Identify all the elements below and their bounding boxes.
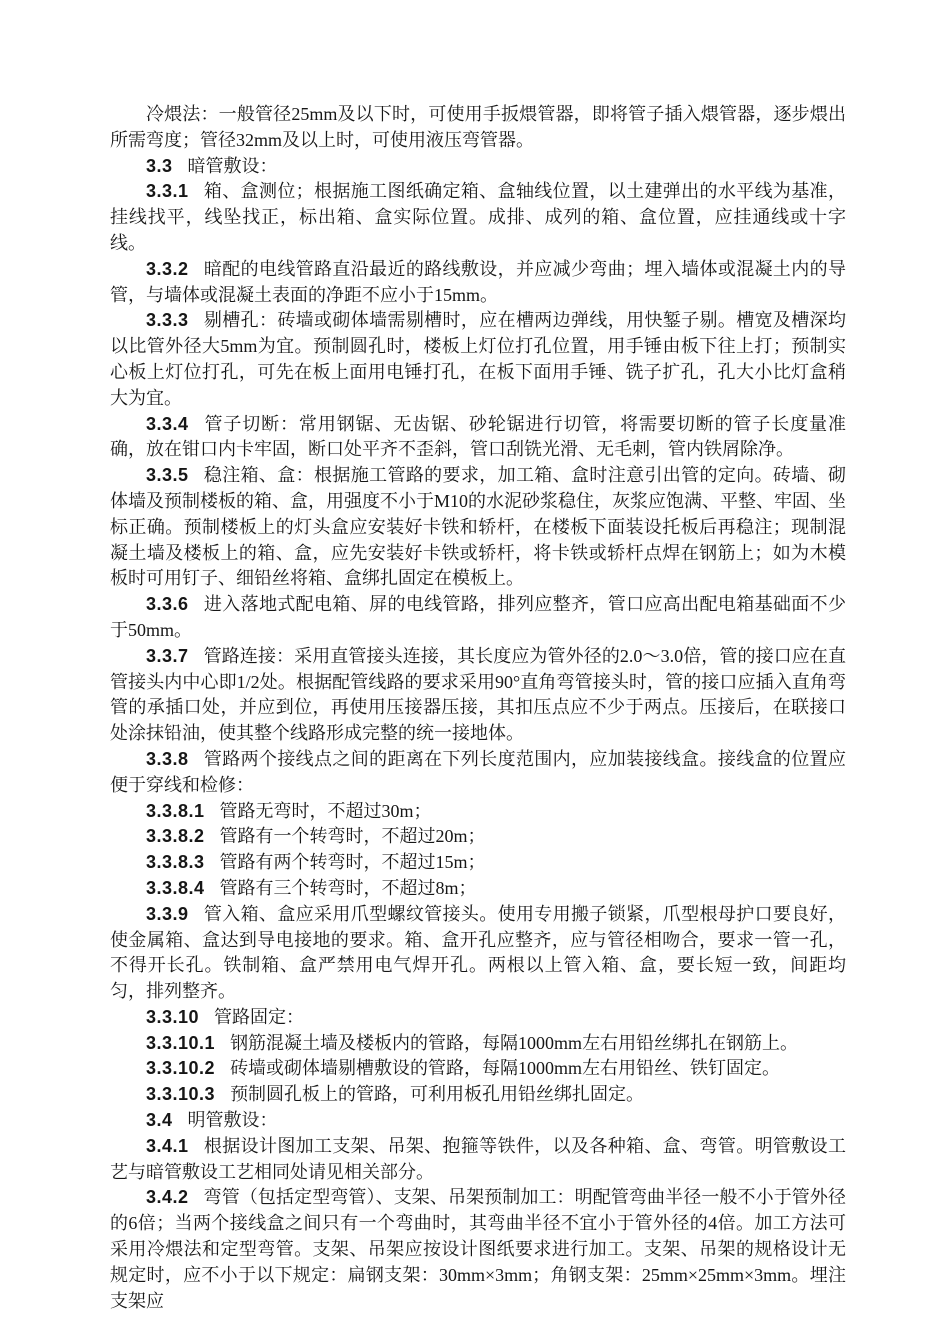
section-number: 3.3.2 (146, 259, 204, 279)
section-number: 3.4.2 (146, 1187, 204, 1207)
section-number: 3.3.8.2 (146, 826, 220, 846)
paragraph-text: 管路两个接线点之间的距离在下列长度范围内，应加装接线盒。接线盒的位置应便于穿线和… (110, 749, 846, 795)
paragraph-text: 管路连接：采用直管接头连接，其长度应为管外径的2.0～3.0倍，管的接口应在直管… (110, 646, 846, 743)
paragraph: 3.3.9管入箱、盒应采用爪型螺纹管接头。使用专用搬子锁紧，爪型根母护口要良好，… (110, 902, 846, 1005)
paragraph-text: 进入落地式配电箱、屏的电线管路，排列应整齐，管口应高出配电箱基础面不少于50mm… (110, 594, 846, 640)
document-page: 冷煨法：一般管径25mm及以下时，可使用手扳煨管器，即将管子插入煨管器，逐步煨出… (0, 0, 950, 1344)
paragraph: 3.3.10.2砖墙或砌体墙剔槽敷设的管路，每隔1000mm左右用铅丝、铁钉固定… (110, 1056, 846, 1082)
paragraph: 3.3.8.1管路无弯时，不超过30m； (110, 799, 846, 825)
section-number: 3.3.8.3 (146, 852, 220, 872)
paragraph-text: 稳注箱、盒：根据施工管路的要求，加工箱、盒时注意引出管的定向。砖墙、砌体墙及预制… (110, 465, 846, 588)
paragraph-text: 明管敷设： (188, 1110, 278, 1130)
paragraph: 3.3.8.2管路有一个转弯时，不超过20m； (110, 824, 846, 850)
paragraph: 3.3.6进入落地式配电箱、屏的电线管路，排列应整齐，管口应高出配电箱基础面不少… (110, 592, 846, 644)
paragraph-text: 冷煨法：一般管径25mm及以下时，可使用手扳煨管器，即将管子插入煨管器，逐步煨出… (110, 104, 846, 150)
paragraph: 3.4明管敷设： (110, 1108, 846, 1134)
paragraph: 3.3.2暗配的电线管路直沿最近的路线敷设，并应减少弯曲；埋入墙体或混凝土内的导… (110, 257, 846, 309)
paragraph-text: 弯管（包括定型弯管）、支架、吊架预制加工：明配管弯曲半径一般不小于管外径的6倍；… (110, 1187, 846, 1310)
section-number: 3.3.9 (146, 904, 204, 924)
paragraph: 3.3.8.4管路有三个转弯时，不超过8m； (110, 876, 846, 902)
paragraph: 3.3.10.3预制圆孔板上的管路，可利用板孔用铅丝绑扎固定。 (110, 1082, 846, 1108)
section-number: 3.3.10 (146, 1007, 214, 1027)
paragraph: 3.3暗管敷设： (110, 154, 846, 180)
paragraph: 3.4.2弯管（包括定型弯管）、支架、吊架预制加工：明配管弯曲半径一般不小于管外… (110, 1185, 846, 1314)
paragraph-text: 箱、盒测位；根据施工图纸确定箱、盒轴线位置，以土建弹出的水平线为基准，挂线找平，… (110, 181, 846, 253)
section-number: 3.3.4 (146, 414, 204, 434)
paragraph-text: 管入箱、盒应采用爪型螺纹管接头。使用专用搬子锁紧，爪型根母护口要良好，使金属箱、… (110, 904, 846, 1001)
paragraph: 3.4.1根据设计图加工支架、吊架、抱箍等铁件，以及各种箱、盒、弯管。明管敷设工… (110, 1134, 846, 1186)
section-number: 3.3.3 (146, 310, 204, 330)
section-number: 3.3.8.1 (146, 801, 220, 821)
paragraph-text: 根据设计图加工支架、吊架、抱箍等铁件，以及各种箱、盒、弯管。明管敷设工艺与暗管敷… (110, 1136, 846, 1182)
section-number: 3.3 (146, 156, 188, 176)
paragraph-text: 暗管敷设： (188, 156, 278, 176)
section-number: 3.3.7 (146, 646, 204, 666)
section-number: 3.3.10.1 (146, 1033, 230, 1053)
paragraph-text: 砖墙或砌体墙剔槽敷设的管路，每隔1000mm左右用铅丝、铁钉固定。 (230, 1058, 780, 1078)
document-body: 冷煨法：一般管径25mm及以下时，可使用手扳煨管器，即将管子插入煨管器，逐步煨出… (110, 102, 846, 1314)
paragraph: 冷煨法：一般管径25mm及以下时，可使用手扳煨管器，即将管子插入煨管器，逐步煨出… (110, 102, 846, 154)
paragraph-text: 预制圆孔板上的管路，可利用板孔用铅丝绑扎固定。 (230, 1084, 644, 1104)
paragraph-text: 管子切断：常用钢锯、无齿锯、砂轮锯进行切管，将需要切断的管子长度量准确，放在钳口… (110, 414, 846, 460)
section-number: 3.4 (146, 1110, 188, 1130)
paragraph: 3.3.4管子切断：常用钢锯、无齿锯、砂轮锯进行切管，将需要切断的管子长度量准确… (110, 412, 846, 464)
section-number: 3.3.10.2 (146, 1058, 230, 1078)
paragraph: 3.3.10管路固定： (110, 1005, 846, 1031)
section-number: 3.3.5 (146, 465, 204, 485)
paragraph: 3.3.3剔槽孔：砖墙或砌体墙需剔槽时，应在槽两边弹线，用快錾子剔。槽宽及槽深均… (110, 308, 846, 411)
section-number: 3.4.1 (146, 1136, 204, 1156)
paragraph-text: 钢筋混凝土墙及楼板内的管路，每隔1000mm左右用铅丝绑扎在钢筋上。 (230, 1033, 798, 1053)
paragraph: 3.3.5稳注箱、盒：根据施工管路的要求，加工箱、盒时注意引出管的定向。砖墙、砌… (110, 463, 846, 592)
paragraph-text: 管路无弯时，不超过30m； (220, 801, 432, 821)
paragraph-text: 暗配的电线管路直沿最近的路线敷设，并应减少弯曲；埋入墙体或混凝土内的导管，与墙体… (110, 259, 846, 305)
paragraph-text: 管路有两个转弯时，不超过15m； (220, 852, 486, 872)
section-number: 3.3.10.3 (146, 1084, 230, 1104)
section-number: 3.3.8.4 (146, 878, 220, 898)
paragraph: 3.3.7管路连接：采用直管接头连接，其长度应为管外径的2.0～3.0倍，管的接… (110, 644, 846, 747)
paragraph-text: 管路固定： (214, 1007, 304, 1027)
paragraph-text: 管路有三个转弯时，不超过8m； (220, 878, 477, 898)
paragraph-text: 管路有一个转弯时，不超过20m； (220, 826, 486, 846)
paragraph: 3.3.10.1钢筋混凝土墙及楼板内的管路，每隔1000mm左右用铅丝绑扎在钢筋… (110, 1031, 846, 1057)
section-number: 3.3.6 (146, 594, 204, 614)
section-number: 3.3.8 (146, 749, 204, 769)
paragraph: 3.3.1箱、盒测位；根据施工图纸确定箱、盒轴线位置，以土建弹出的水平线为基准，… (110, 179, 846, 256)
paragraph: 3.3.8管路两个接线点之间的距离在下列长度范围内，应加装接线盒。接线盒的位置应… (110, 747, 846, 799)
paragraph-text: 剔槽孔：砖墙或砌体墙需剔槽时，应在槽两边弹线，用快錾子剔。槽宽及槽深均以比管外径… (110, 310, 846, 407)
section-number: 3.3.1 (146, 181, 204, 201)
paragraph: 3.3.8.3管路有两个转弯时，不超过15m； (110, 850, 846, 876)
